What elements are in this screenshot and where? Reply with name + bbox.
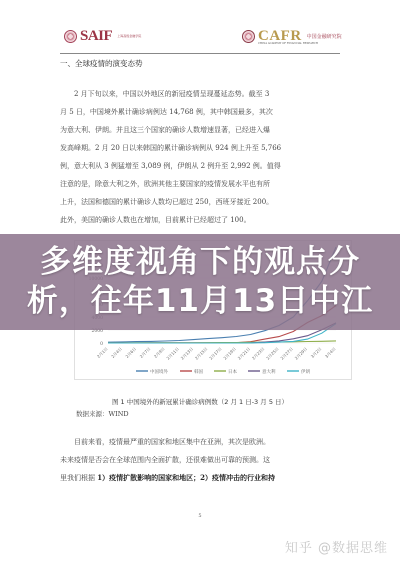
- saif-logo: SAIF 上海高级金融学院: [64, 28, 145, 45]
- x-tick-label: 2月17日: [207, 345, 222, 360]
- saif-logo-name: SAIF: [80, 28, 112, 45]
- x-tick-label: 2月13日: [179, 345, 194, 360]
- text-bold: 1）疫情扩散影响的国家和地区；2）疫情冲击的行业和持: [97, 473, 275, 482]
- banner-title: 多维度视角下的观点分 析，往年11月13日中江: [0, 243, 400, 321]
- cafr-logo: CAFR 中国金融研究院 CHINA ACADEMY OF FINANCIAL …: [242, 28, 342, 45]
- legend-label: 韩国: [194, 368, 203, 375]
- saif-logo-subtitle: 上海高级金融学院: [117, 35, 145, 39]
- x-tick-label: 2月23日: [250, 345, 265, 360]
- x-tick-label: 2月25日: [264, 345, 279, 360]
- x-tick-label: 2月27日: [279, 345, 294, 360]
- text-line: 月 5 日，中国境外累计确诊病例达 14,768 例，其中韩国最多，其次: [60, 103, 340, 121]
- paragraph-2: 目前来看，疫情最严重的国家和地区集中在亚洲，其次是欧洲。 未来疫情是否会在全球范…: [60, 433, 340, 487]
- page-number: 5: [0, 513, 400, 519]
- x-tick-label: 2月6日: [124, 345, 138, 359]
- x-tick-label: 3月4日: [323, 345, 337, 359]
- legend-label: 意大利: [262, 368, 276, 375]
- data-source: 数据来源：WIND: [76, 409, 129, 418]
- text-line: 里我们根据 1）疫情扩散影响的国家和地区；2）疫情冲击的行业和持: [60, 469, 340, 487]
- x-tick-label: 2月4日: [109, 345, 123, 359]
- x-tick-label: 2月19日: [222, 345, 237, 360]
- text-line: 目前来看，疫情最严重的国家和地区集中在亚洲，其次是欧洲。: [60, 433, 340, 451]
- x-tick-label: 3月2日: [309, 345, 323, 359]
- text-plain: 里我们根据: [60, 474, 97, 482]
- x-tick-label: 2月11日: [165, 345, 180, 360]
- cafr-logo-subtitle-cn: 中国金融研究院: [307, 33, 342, 40]
- seal-icon: [64, 30, 77, 43]
- paragraph-1: 2 月下旬以来，中国以外地区的新冠疫情呈现蔓延态势。截至 3 月 5 日，中国境…: [60, 85, 340, 229]
- header-divider: [60, 53, 340, 54]
- x-tick-label: 2月9日: [152, 345, 166, 359]
- seal-icon: [242, 30, 255, 43]
- banner-title-line-1: 多维度视角下的观点分: [0, 243, 400, 282]
- cafr-logo-subtitle-en: CHINA ACADEMY OF FINANCIAL RESEARCH: [258, 42, 318, 45]
- legend-label: 中国境外: [150, 368, 168, 375]
- text-line: 此外，美国的确诊人数也在增加，目前累计已经超过了 100。: [60, 211, 340, 229]
- text-line: 为意大利、伊朗。并且这三个国家的确诊人数增速显著，已经进入爆: [60, 121, 340, 139]
- banner-title-line-2: 析，往年11月13日中江: [0, 282, 400, 321]
- text-line: 未来疫情是否会在全球范围内全面扩散，还很难做出可靠的预测。这: [60, 451, 340, 469]
- text-line: 例，意大利从 3 例猛增至 3,089 例，伊朗从 2 例升至 2,992 例。…: [60, 157, 340, 175]
- text-line: 2 月下旬以来，中国以外地区的新冠疫情呈现蔓延态势。截至 3: [60, 85, 340, 103]
- legend-label: 日本: [228, 368, 237, 375]
- text-line: 上升，法国和德国的累计确诊人数均已超过 250，西班牙接近 200。: [60, 193, 340, 211]
- y-tick-label: 0: [100, 341, 103, 347]
- x-tick-label: 2月29日: [293, 345, 308, 360]
- x-tick-label: 2月7日: [138, 345, 152, 359]
- section-title: 一、全球疫情的演变态势: [60, 58, 143, 69]
- text-line: 发高峰期。2 月 20 日以来韩国的累计确诊病例从 924 例上升至 5,766: [60, 139, 340, 157]
- x-tick-label: 2月21日: [236, 345, 251, 360]
- x-tick-label: 2月1日: [95, 345, 109, 359]
- text-line: 注意的是，除意大利之外，欧洲其他主要国家的疫情发展水平也有所: [60, 175, 340, 193]
- figure-caption: 图 1 中国境外的新冠累计确诊病例数（2 月 1 日-3 月 5 日）: [0, 397, 400, 406]
- x-tick-label: 2月15日: [193, 345, 208, 360]
- legend-label: 伊朗: [301, 368, 310, 375]
- watermark: 知乎 @数据思维: [285, 537, 388, 556]
